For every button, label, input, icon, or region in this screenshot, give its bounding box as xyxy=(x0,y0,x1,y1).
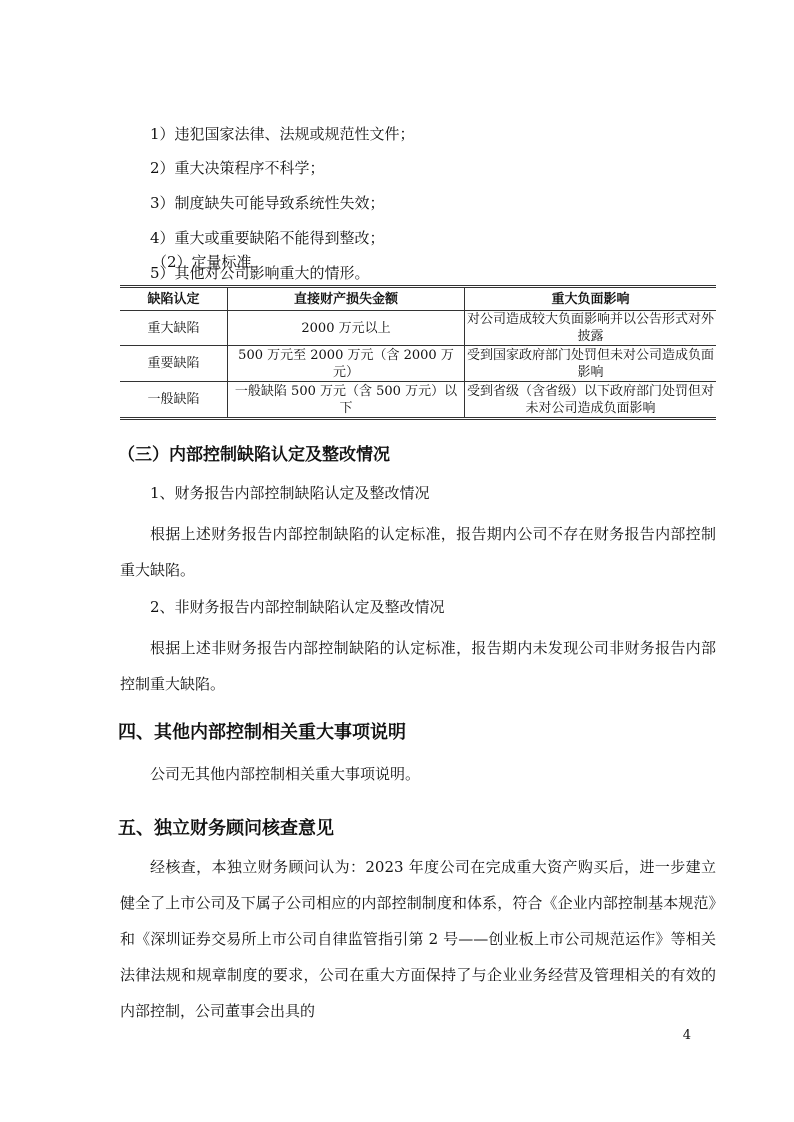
paragraph: 公司无其他内部控制相关重大事项说明。 xyxy=(150,764,420,784)
table-cell: 受到省级（含省级）以下政府部门处罚但对未对公司造成负面影响 xyxy=(465,382,717,419)
section-heading: （三）内部控制缺陷认定及整改情况 xyxy=(118,440,390,465)
paragraph: 根据上述非财务报告内部控制缺陷的认定标准，报告期内未发现公司非财务报告内部控制重… xyxy=(120,630,716,702)
table-cell: 重要缺陷 xyxy=(120,346,228,382)
subsection-heading: 2、非财务报告内部控制缺陷认定及整改情况 xyxy=(150,597,445,617)
table-row: 重大缺陷 2000 万元以上 对公司造成较大负面影响并以公告形式对外披露 xyxy=(120,311,716,346)
table-header-row: 缺陷认定 直接财产损失金额 重大负面影响 xyxy=(120,287,716,311)
page-number: 4 xyxy=(683,1028,691,1043)
list-item: 1）违犯国家法律、法规或规范性文件； xyxy=(150,124,415,144)
table-cell: 2000 万元以上 xyxy=(228,311,465,346)
table-cell: 重大缺陷 xyxy=(120,311,228,346)
column-header: 直接财产损失金额 xyxy=(228,287,465,311)
table-cell: 对公司造成较大负面影响并以公告形式对外披露 xyxy=(465,311,717,346)
list-item: 2）重大决策程序不科学； xyxy=(150,158,325,178)
table-cell: 500 万元至 2000 万元（含 2000 万元） xyxy=(228,346,465,382)
paragraph: 经核查，本独立财务顾问认为：2023 年度公司在完成重大资产购买后，进一步建立健… xyxy=(120,849,716,1029)
list-item: 4）重大或重要缺陷不能得到整改； xyxy=(150,228,385,248)
subsection-heading: 1、财务报告内部控制缺陷认定及整改情况 xyxy=(150,483,430,503)
column-header: 缺陷认定 xyxy=(120,287,228,311)
defect-criteria-table: 缺陷认定 直接财产损失金额 重大负面影响 重大缺陷 2000 万元以上 对公司造… xyxy=(120,285,716,420)
column-header: 重大负面影响 xyxy=(465,287,717,311)
table-cell: 受到国家政府部门处罚但未对公司造成负面影响 xyxy=(465,346,717,382)
table-row: 重要缺陷 500 万元至 2000 万元（含 2000 万元） 受到国家政府部门… xyxy=(120,346,716,382)
section-heading: 五、独立财务顾问核查意见 xyxy=(118,814,334,840)
table-cell: 一般缺陷 xyxy=(120,382,228,419)
list-item: 3）制度缺失可能导致系统性失效； xyxy=(150,193,385,213)
table-cell: 一般缺陷 500 万元（含 500 万元）以下 xyxy=(228,382,465,419)
quant-standard-label: （2）定量标准 xyxy=(152,252,252,272)
paragraph: 根据上述财务报告内部控制缺陷的认定标准，报告期内公司不存在财务报告内部控制重大缺… xyxy=(120,516,716,588)
section-heading: 四、其他内部控制相关重大事项说明 xyxy=(118,718,406,744)
table-row: 一般缺陷 一般缺陷 500 万元（含 500 万元）以下 受到省级（含省级）以下… xyxy=(120,382,716,419)
